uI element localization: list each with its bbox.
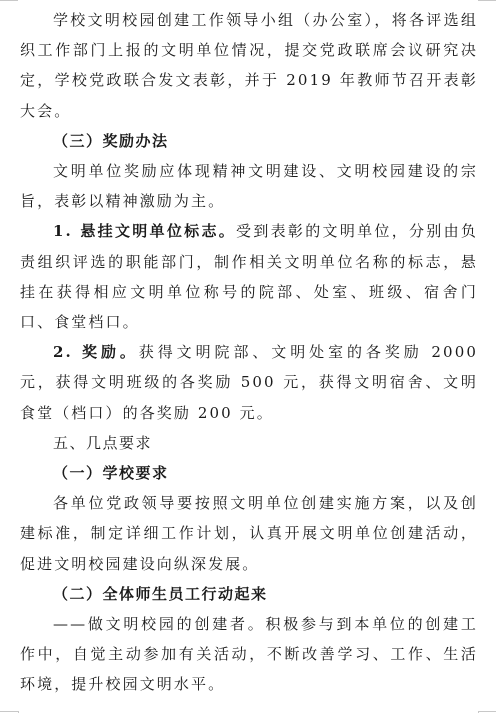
- subheading-school-requirements: （一）学校要求: [20, 458, 478, 488]
- margin-mark-top-left: [0, 0, 18, 1]
- paragraph-school-requirements: 各单位党政领导要按照文明单位创建实施方案，以及创建标准，制定详细工作计划，认真开…: [20, 488, 478, 579]
- margin-mark-bottom-right: [478, 711, 496, 712]
- document-page: 学校文明校园创建工作领导小组（办公室），将各评选组织工作部门上报的文明单位情况，…: [0, 0, 496, 713]
- margin-mark-bottom-left: [0, 711, 18, 712]
- document-body: 学校文明校园创建工作领导小组（办公室），将各评选组织工作部门上报的文明单位情况，…: [20, 5, 478, 700]
- lead-hang-signs: 1. 悬挂文明单位标志。: [53, 222, 236, 240]
- paragraph-hang-signs: 1. 悬挂文明单位标志。受到表彰的文明单位，分别由负责组织评选的职能部门，制作相…: [20, 216, 478, 337]
- paragraph-rewards: 2. 奖励。获得文明院部、文明处室的各奖励 2000 元，获得文明班级的各奖励 …: [20, 337, 478, 428]
- paragraph-reward-principle: 文明单位奖励应体现精神文明建设、文明校园建设的宗旨，表彰以精神激励为主。: [20, 156, 478, 216]
- subheading-reward-method: （三）奖励办法: [20, 126, 478, 156]
- paragraph-commendation-process: 学校文明校园创建工作领导小组（办公室），将各评选组织工作部门上报的文明单位情况，…: [20, 5, 478, 126]
- heading-requirements: 五、几点要求: [20, 428, 478, 458]
- paragraph-all-staff-action: ——做文明校园的创建者。积极参与到本单位的创建工作中，自觉主动参加有关活动，不断…: [20, 609, 478, 700]
- margin-mark-top-right: [478, 0, 496, 1]
- lead-rewards: 2. 奖励。: [53, 343, 139, 361]
- subheading-all-staff-action: （二）全体师生员工行动起来: [20, 579, 478, 609]
